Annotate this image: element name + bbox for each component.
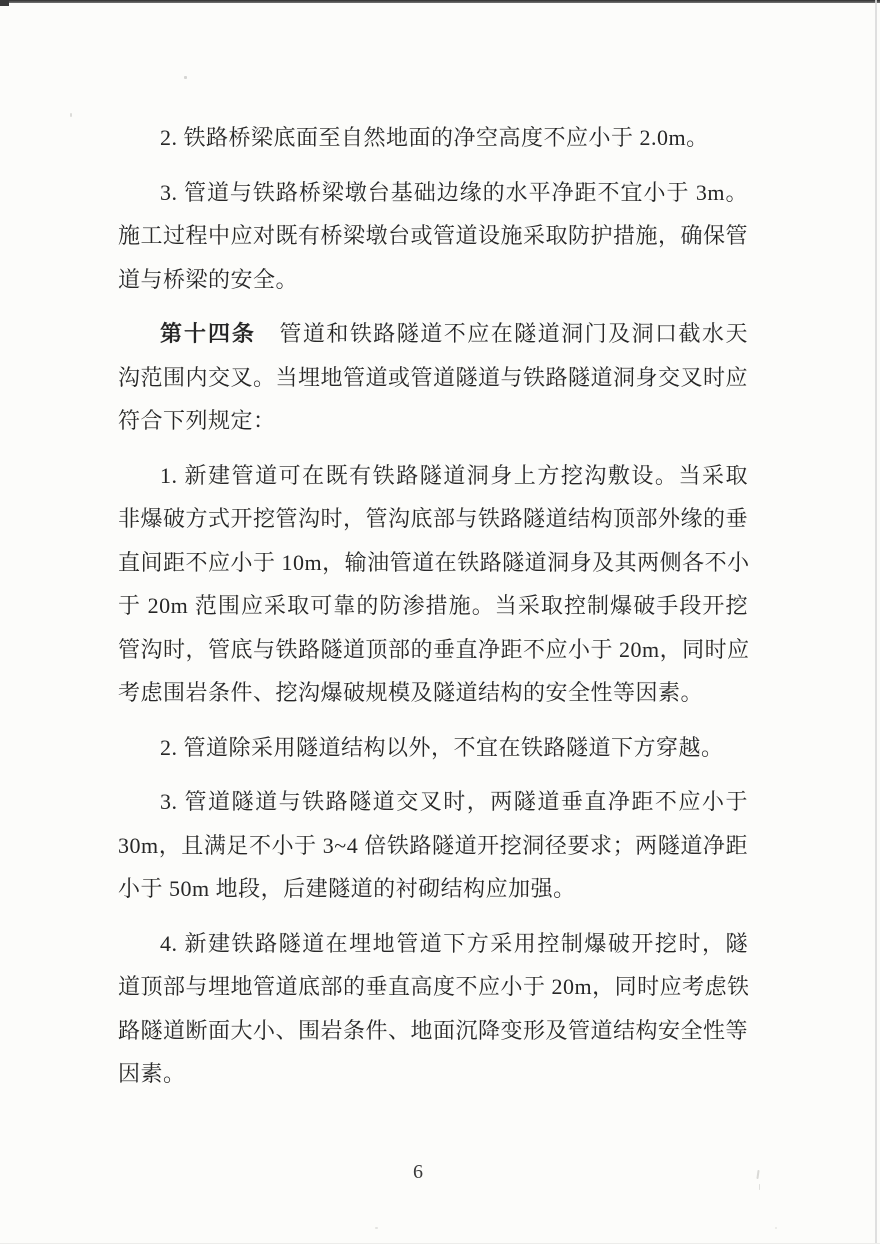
text-line: 于 20m 范围应采取可靠的防渗措施。当采取控制爆破手段开挖 bbox=[118, 584, 748, 628]
text-line: 30m，且满足不小于 3~4 倍铁路隧道开挖洞径要求；两隧道净距 bbox=[118, 824, 748, 868]
paragraph-clause-13-item-2: 2. 铁路桥梁底面至自然地面的净空高度不应小于 2.0m。 bbox=[118, 116, 748, 160]
text-line: 3. 管道隧道与铁路隧道交叉时，两隧道垂直净距不应小于 bbox=[118, 780, 748, 824]
text-line: 直间距不应小于 10m，输油管道在铁路隧道洞身及其两侧各不小 bbox=[118, 541, 748, 585]
text-line: 3. 管道与铁路桥梁墩台基础边缘的水平净距不宜小于 3m。 bbox=[118, 171, 748, 215]
paragraph-article-14-item-1: 1. 新建管道可在既有铁路隧道洞身上方挖沟敷设。当采取非爆破方式开挖管沟时，管沟… bbox=[118, 454, 748, 715]
text-line: 1. 新建管道可在既有铁路隧道洞身上方挖沟敷设。当采取 bbox=[118, 454, 748, 498]
text-line: 2. 铁路桥梁底面至自然地面的净空高度不应小于 2.0m。 bbox=[118, 116, 748, 160]
text-line: 4. 新建铁路隧道在埋地管道下方采用控制爆破开挖时，隧 bbox=[118, 922, 748, 966]
text-line: 因素。 bbox=[118, 1052, 748, 1096]
text-line: 沟范围内交叉。当埋地管道或管道隧道与铁路隧道洞身交叉时应 bbox=[118, 356, 748, 400]
text-line: 路隧道断面大小、围岩条件、地面沉降变形及管道结构安全性等 bbox=[118, 1009, 748, 1053]
text-line: 施工过程中应对既有桥梁墩台或管道设施采取防护措施，确保管 bbox=[118, 214, 748, 258]
text-line: 2. 管道除采用隧道结构以外，不宜在铁路隧道下方穿越。 bbox=[118, 726, 748, 770]
text-line: 道顶部与埋地管道底部的垂直高度不应小于 20m，同时应考虑铁 bbox=[118, 965, 748, 1009]
scan-speck bbox=[184, 76, 187, 79]
scan-top-edge-artifact bbox=[0, 0, 880, 3]
text-line: 考虑围岩条件、挖沟爆破规模及隧道结构的安全性等因素。 bbox=[118, 671, 748, 715]
scan-speck bbox=[70, 113, 72, 117]
paragraph-clause-13-item-3: 3. 管道与铁路桥梁墩台基础边缘的水平净距不宜小于 3m。施工过程中应对既有桥梁… bbox=[118, 171, 748, 302]
scan-right-edge-artifact bbox=[875, 0, 877, 1244]
paragraph-article-14-item-4: 4. 新建铁路隧道在埋地管道下方采用控制爆破开挖时，隧道顶部与埋地管道底部的垂直… bbox=[118, 922, 748, 1096]
text-line: 小于 50m 地段，后建隧道的衬砌结构应加强。 bbox=[118, 867, 748, 911]
page-number: 6 bbox=[0, 1158, 836, 1186]
text-line: 符合下列规定： bbox=[118, 399, 748, 443]
text-line: 道与桥梁的安全。 bbox=[118, 258, 748, 302]
text-line: 管沟时，管底与铁路隧道顶部的垂直净距不应小于 20m，同时应 bbox=[118, 628, 748, 672]
paragraph-article-14-item-2: 2. 管道除采用隧道结构以外，不宜在铁路隧道下方穿越。 bbox=[118, 726, 748, 770]
scan-speck bbox=[375, 1227, 378, 1229]
scan-corner-mark bbox=[0, 0, 9, 6]
scan-speck bbox=[775, 1227, 777, 1229]
paragraph-article-14-lead: 第十四条 管道和铁路隧道不应在隧道洞门及洞口截水天沟范围内交叉。当埋地管道或管道… bbox=[118, 312, 748, 443]
text-line: 第十四条 管道和铁路隧道不应在隧道洞门及洞口截水天 bbox=[118, 312, 748, 356]
text-line: 非爆破方式开挖管沟时，管沟底部与铁路隧道结构顶部外缘的垂 bbox=[118, 497, 748, 541]
paragraph-article-14-item-3: 3. 管道隧道与铁路隧道交叉时，两隧道垂直净距不应小于30m，且满足不小于 3~… bbox=[118, 780, 748, 911]
article-number-bold: 第十四条 bbox=[160, 321, 256, 346]
document-body: 2. 铁路桥梁底面至自然地面的净空高度不应小于 2.0m。3. 管道与铁路桥梁墩… bbox=[118, 116, 748, 1096]
document-page: 2. 铁路桥梁底面至自然地面的净空高度不应小于 2.0m。3. 管道与铁路桥梁墩… bbox=[0, 0, 880, 1244]
